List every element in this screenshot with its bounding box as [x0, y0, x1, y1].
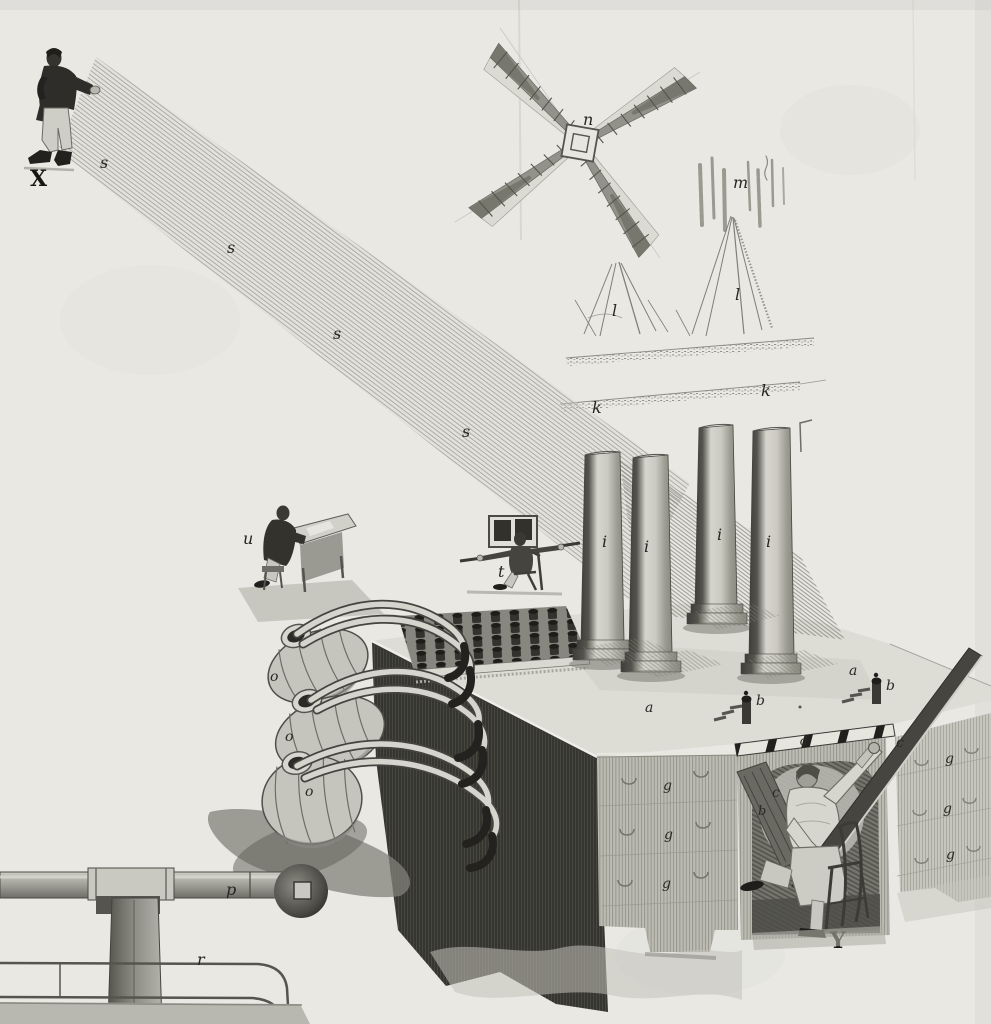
callout-p: p [226, 880, 236, 899]
callout-b-1: b [756, 693, 765, 709]
callout-g-5: g [943, 801, 952, 817]
callout-i-4: i [766, 532, 771, 551]
plate-drawing: n m l l k k s s s s X [0, 0, 991, 1024]
callout-m: m [733, 173, 748, 192]
callout-o-3: o [305, 784, 313, 800]
callout-t: t [498, 562, 505, 581]
callout-r: r [197, 950, 206, 969]
callout-i-2: i [644, 537, 649, 556]
callout-s-3: s [333, 324, 341, 343]
callout-l-1: l [612, 301, 617, 320]
callout-n: n [583, 110, 593, 129]
callout-o-1: o [270, 669, 278, 685]
pipe-collar [88, 868, 174, 900]
callout-a-1: a [645, 700, 653, 716]
callout-s-2: s [227, 238, 235, 257]
callout-s-4: s [462, 422, 470, 441]
engraving-plate: n m l l k k s s s s X [0, 0, 991, 1024]
callout-i-1: i [602, 532, 607, 551]
callout-c-2: c [896, 735, 904, 751]
callout-g-4: g [945, 751, 954, 767]
callout-g-3: g [662, 876, 671, 892]
callout-s-1: s [100, 153, 108, 172]
callout-l-2: l [735, 285, 740, 304]
callout-k-2: k [761, 381, 771, 400]
callout-a-2: a [849, 663, 857, 679]
callout-b-3: b [758, 804, 766, 819]
callout-i-3: i [717, 525, 722, 544]
callout-g-1: g [663, 778, 672, 794]
callout-X: X [30, 166, 48, 192]
callout-d: d [800, 734, 808, 748]
callout-u: u [243, 529, 253, 548]
vane-hub [561, 124, 598, 161]
callout-g-2: g [664, 827, 673, 843]
callout-g-6: g [946, 847, 955, 863]
callout-o-2: o [285, 729, 293, 745]
callout-c-1: c [772, 785, 780, 801]
callout-b-2: b [886, 678, 895, 694]
